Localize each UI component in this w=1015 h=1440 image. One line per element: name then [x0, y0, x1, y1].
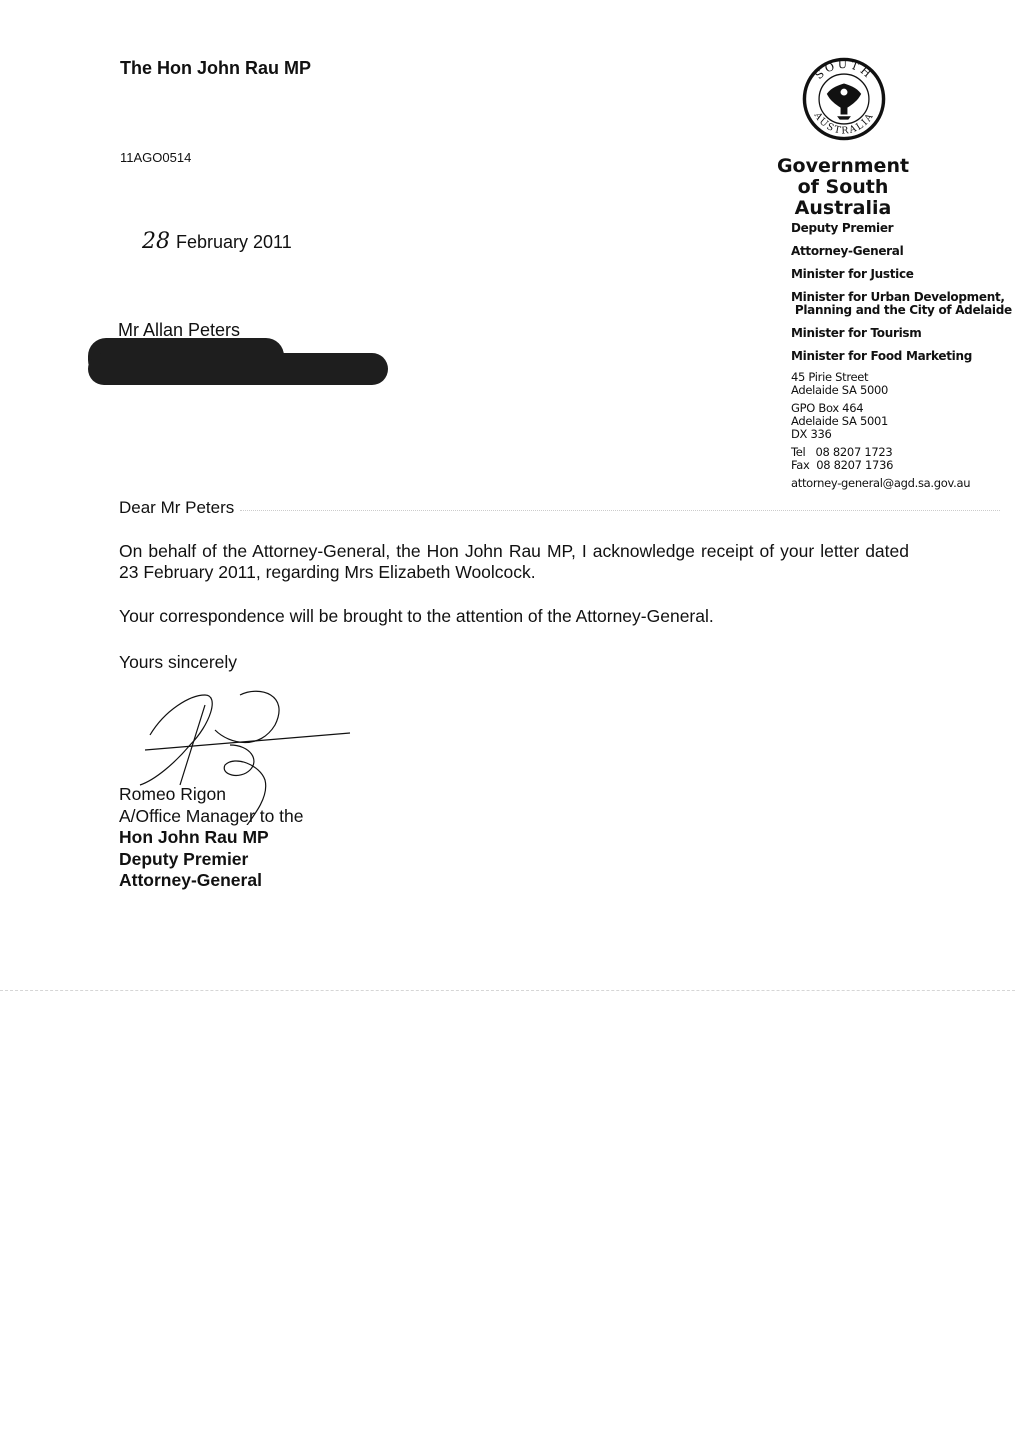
letter-body: On behalf of the Attorney-General, the H…	[119, 541, 909, 650]
role-item: Attorney-General	[791, 245, 1012, 258]
signatory-role: Attorney-General	[119, 870, 304, 892]
role-item: Minister for Food Marketing	[791, 350, 1012, 363]
street-address: 45 Pirie Street Adelaide SA 5000	[791, 371, 970, 397]
government-wordmark: Government of South Australia	[752, 156, 934, 219]
date-month-year: February 2011	[176, 232, 292, 253]
signatory-name: Romeo Rigon	[119, 784, 304, 806]
phone-fax: Tel 08 8207 1723 Fax 08 8207 1736	[791, 446, 970, 472]
salutation: Dear Mr Peters	[119, 498, 234, 518]
reference-number: 11AGO0514	[120, 150, 191, 165]
role-item: Minister for Urban Development, Planning…	[791, 291, 1012, 317]
signatory-block: Romeo Rigon A/Office Manager to the Hon …	[119, 784, 304, 892]
closing: Yours sincerely	[119, 652, 237, 673]
svg-text:SOUTH: SOUTH	[812, 58, 875, 82]
signatory-principal: Hon John Rau MP	[119, 827, 304, 849]
scan-artifact	[0, 990, 1015, 992]
email-address[interactable]: attorney-general@agd.sa.gov.au	[791, 477, 970, 490]
letter-date: 28 February 2011	[142, 229, 292, 254]
government-line-1: Government	[752, 156, 934, 177]
body-paragraph: Your correspondence will be brought to t…	[119, 606, 909, 627]
government-line-2: of South Australia	[752, 177, 934, 219]
minister-roles: Deputy Premier Attorney-General Minister…	[791, 222, 1012, 373]
role-item: Deputy Premier	[791, 222, 1012, 235]
handwritten-day: 28	[142, 229, 170, 254]
south-australia-crest-icon: SOUTH AUSTRALIA	[801, 56, 887, 142]
role-item: Minister for Justice	[791, 268, 1012, 281]
signatory-role: Deputy Premier	[119, 849, 304, 871]
contact-details: 45 Pirie Street Adelaide SA 5000 GPO Box…	[791, 371, 970, 495]
body-paragraph: On behalf of the Attorney-General, the H…	[119, 541, 909, 583]
scan-artifact	[240, 510, 1000, 512]
signatory-title: A/Office Manager to the	[119, 806, 304, 828]
sender-name: The Hon John Rau MP	[120, 58, 311, 79]
redaction-mark	[88, 353, 388, 385]
role-item: Minister for Tourism	[791, 327, 1012, 340]
postal-address: GPO Box 464 Adelaide SA 5001 DX 336	[791, 402, 970, 441]
